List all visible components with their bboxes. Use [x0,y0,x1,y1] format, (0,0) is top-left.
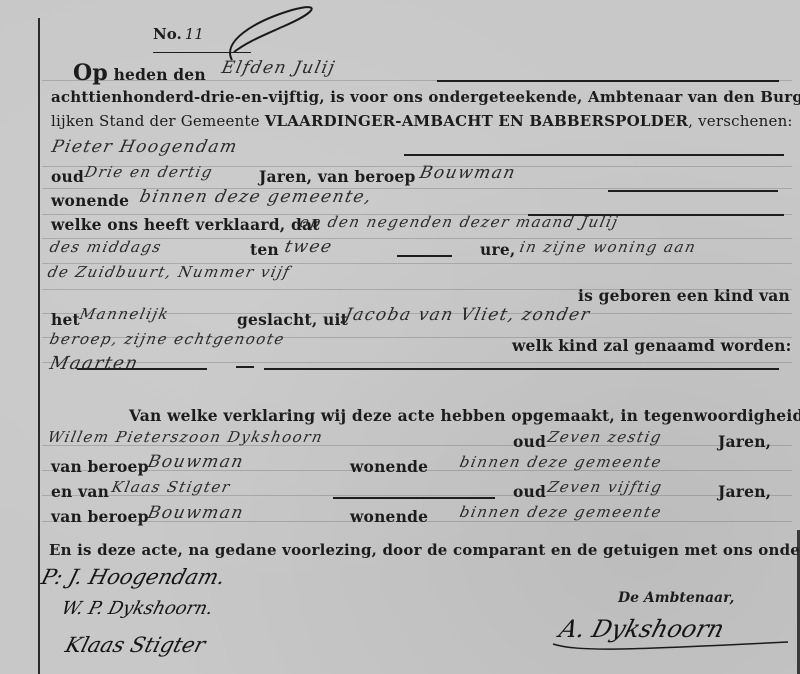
municipality-name: VLAARDINGER-AMBACHT EN BABBERSPOLDER [265,112,688,130]
hw-declarant-name: Pieter Hoogendam [50,137,240,157]
line-1: Op heden den [73,60,206,86]
hw-witness2-residence: binnen deze gemeente [458,503,664,521]
op-initial: Op [73,60,108,86]
signature-witness2: Klaas Stigter [63,633,208,657]
line-18-closing: En is deze acte, na gedane voorlezing, d… [49,541,800,559]
hw-child-name: Maarten [48,353,141,374]
hw-witness1-name: Willem Pieterszoon Dykshoorn [46,428,325,446]
label-wonende: wonende [350,507,428,526]
signature-declarant: P: J. Hoogendam. [39,565,228,589]
signature-witness1: W. P. Dykshoorn. [59,598,215,619]
hw-witness1-age: Zeven zestig [546,428,664,446]
line-3: lijken Stand der Gemeente VLAARDINGER-AM… [51,112,793,130]
text: lijken Stand der Gemeente [51,112,265,130]
hw-birth-place-a: in zijne woning aan [518,238,698,256]
pen-flourish [222,2,322,62]
label-jaren: Jaren, [718,482,771,501]
hw-declarant-residence: binnen deze gemeente, [138,187,374,207]
fill-line [333,497,495,499]
hw-witness1-residence: binnen deze gemeente [458,453,664,471]
hw-declarant-age: Drie en dertig [83,163,215,181]
fill-line [264,368,779,370]
label-geslacht: geslacht, uit [237,310,348,329]
signature-flourish [548,630,788,654]
number-value: 11 [185,25,204,43]
label-oud: oud [513,432,546,451]
label-wonende: wonende [51,191,129,210]
official-title: De Ambtenaar, [618,590,734,606]
line-2: achttienhonderd-drie-en-vijftig, is voor… [51,88,800,106]
hw-witness2-name: Klaas Stigter [110,478,232,496]
number-label: No. [153,25,182,43]
fill-line [608,190,778,192]
hw-witness2-age: Zeven vijftig [546,478,664,496]
label-wonende: wonende [350,457,428,476]
line-13: Van welke verklaring wij deze acte hebbe… [129,406,800,425]
label-ure: ure, [480,240,516,259]
hw-birth-date: op den negenden dezer maand Julij [298,213,620,231]
label-van-beroep: van beroep [51,457,149,476]
act-number: No.11 [153,25,204,43]
fill-line [404,154,784,156]
line-7: welke ons heeft verklaard, dat [51,215,320,234]
ruling-line [42,362,792,363]
margin-rule [38,18,40,674]
label-van-beroep: van beroep [51,507,149,526]
fill-line [437,80,779,82]
line-11: welk kind zal genaamd worden: [512,336,792,355]
document-page: No.11 Op heden den Elfden Julij achttien… [0,0,800,674]
label-en-van: en van [51,482,109,501]
hw-date: Elfden Julij [220,58,338,78]
child-name-underline [77,368,207,370]
hw-mother: Jacoba van Vliet, zonder [343,305,593,325]
fill-line [397,255,452,257]
hw-birth-place-b: de Zuidbuurt, Nummer vijf [46,263,292,281]
label-het: het [51,310,80,329]
hw-declarant-occupation: Bouwman [418,163,518,183]
label-oud: oud [51,167,84,186]
label-oud: oud [513,482,546,501]
label-jaren: Jaren, [718,432,771,451]
line-9: is geboren een kind van [578,286,790,305]
fill-line [236,366,254,368]
hw-mother-occupation: beroep, zijne echtgenoote [48,330,287,348]
hw-witness2-occupation: Bouwman [146,503,246,523]
hw-sex: Mannelijk [78,305,171,323]
hw-witness1-occupation: Bouwman [146,452,246,472]
label-jaren-beroep: Jaren, van beroep [259,167,416,186]
hw-birth-time-of-day: des middags [48,238,164,256]
label-ten: ten [250,240,279,259]
text: , verschenen: [688,112,793,130]
text: heden den [114,65,206,84]
hw-birth-hour: twee [283,237,335,257]
